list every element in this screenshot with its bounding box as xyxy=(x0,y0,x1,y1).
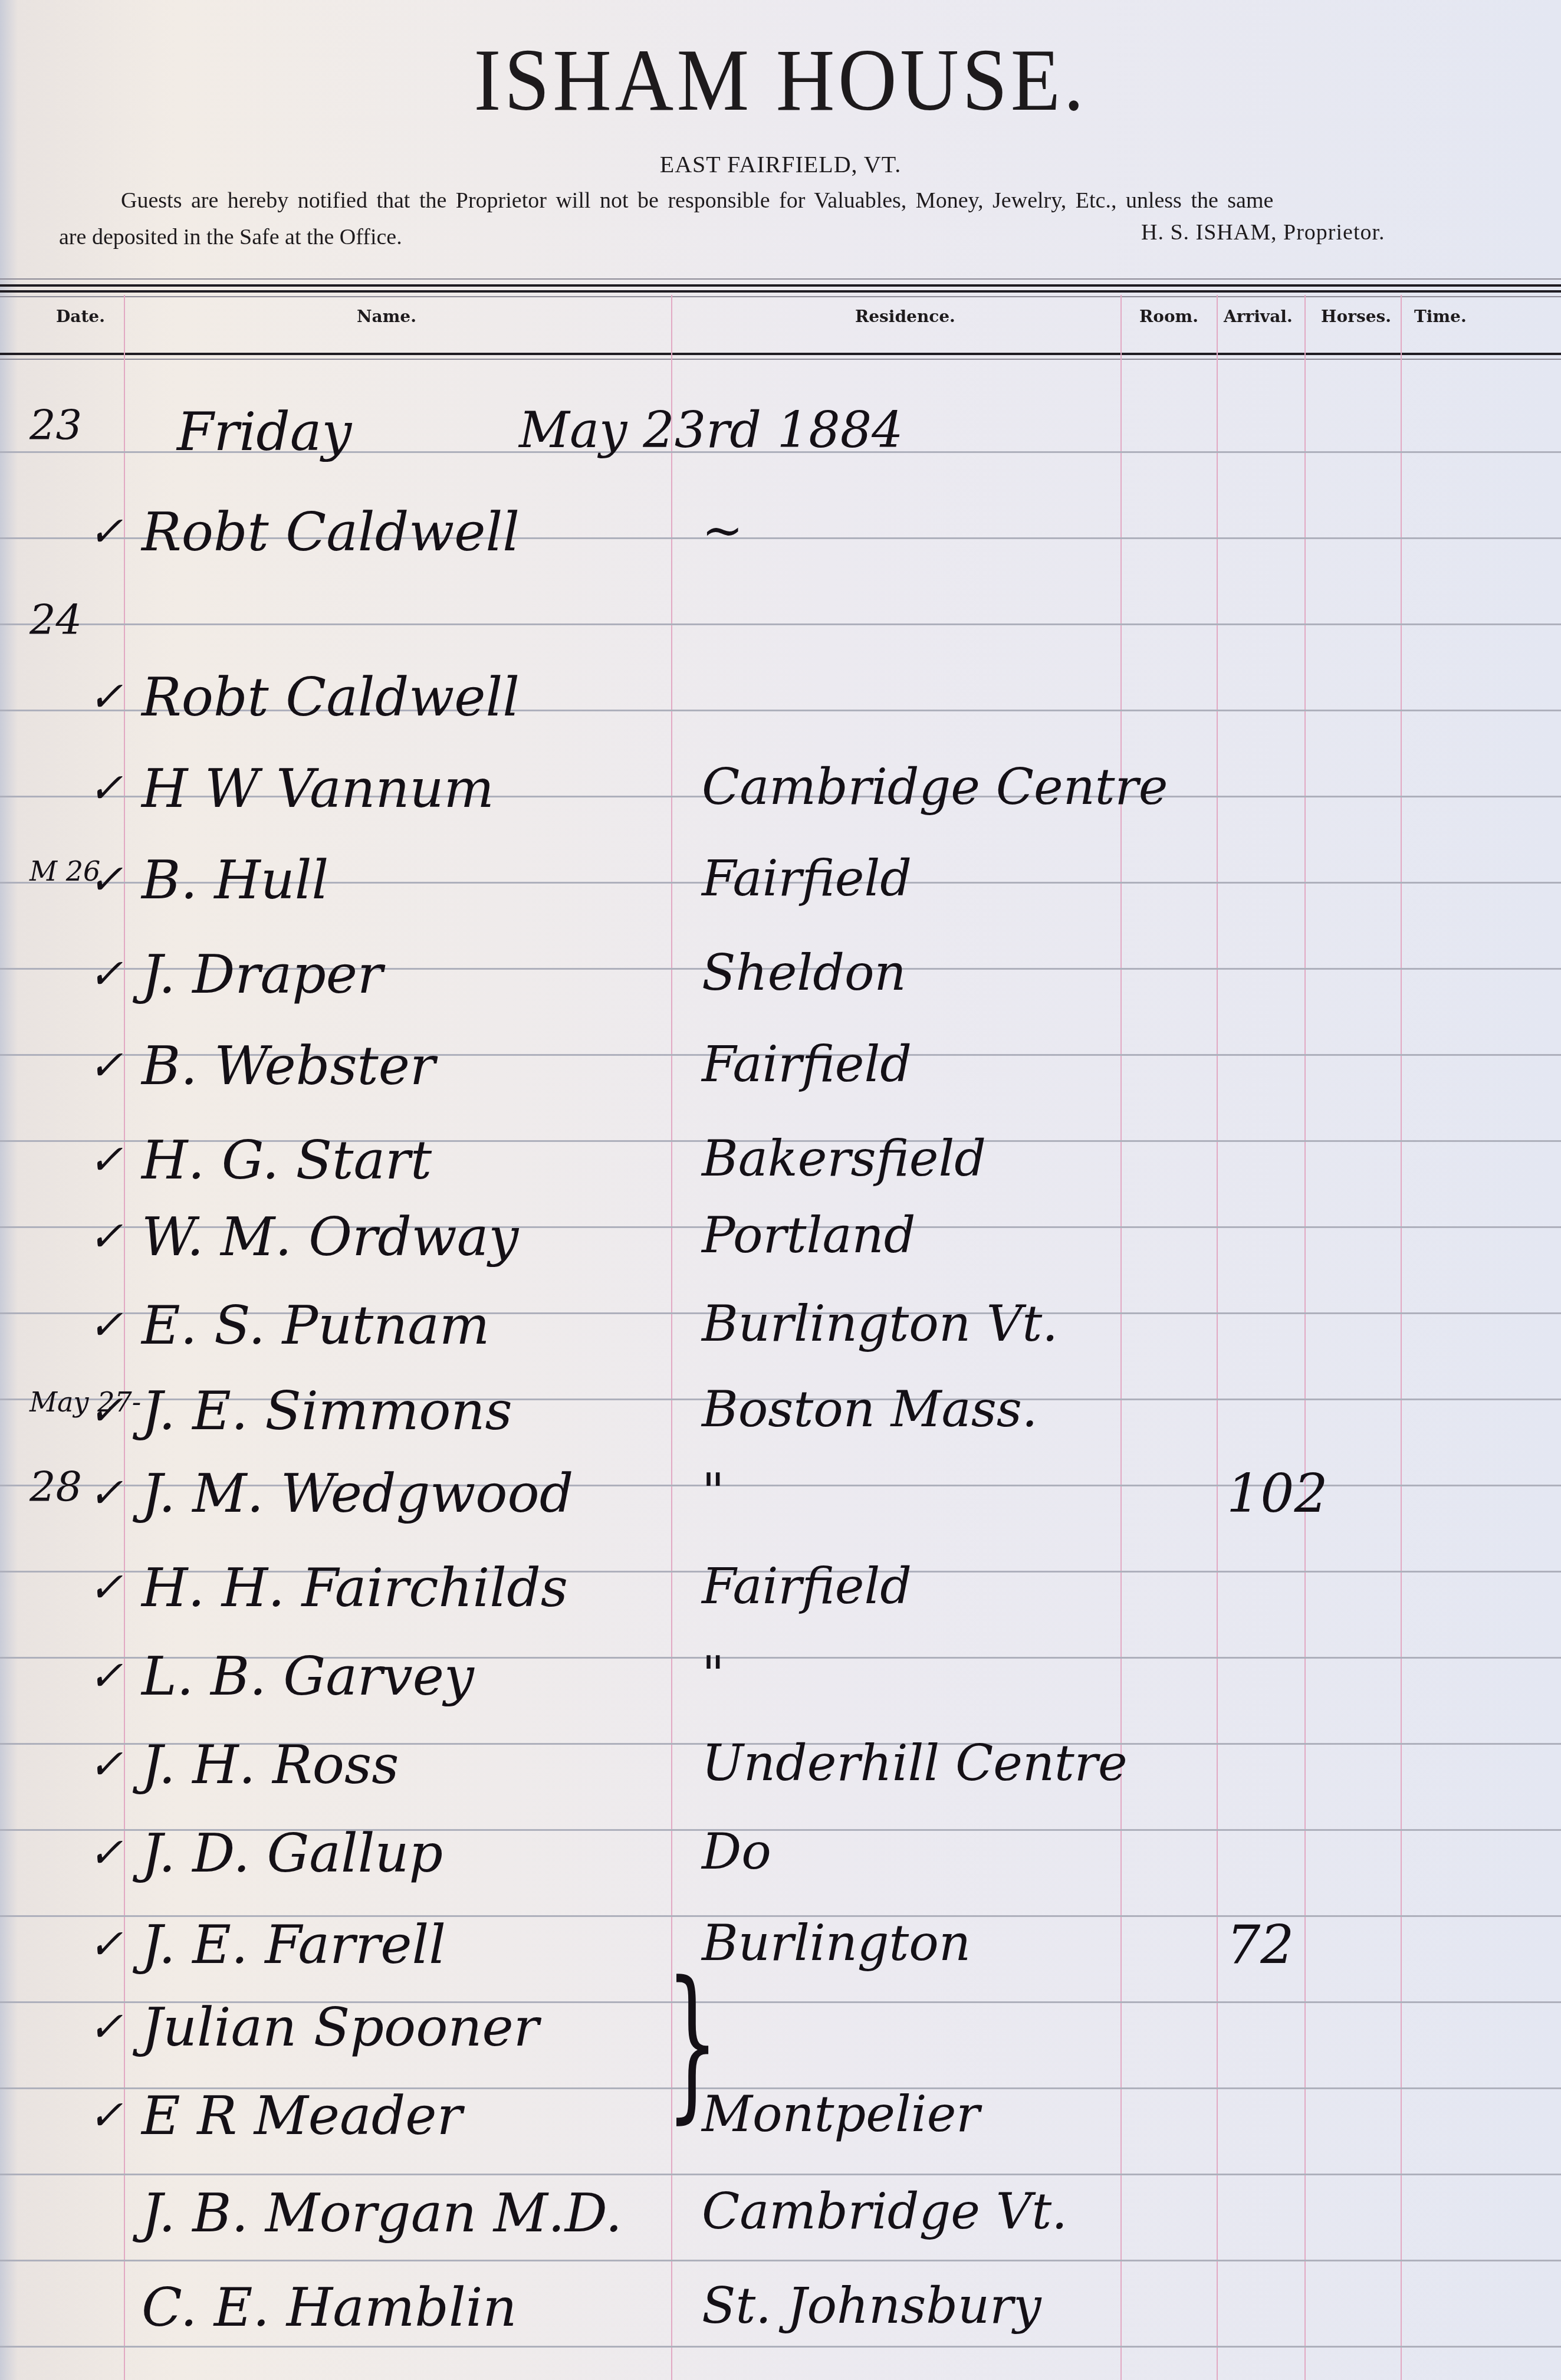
entry-residence: Fairfield xyxy=(702,1557,912,1615)
entry-name: C. E. Hamblin xyxy=(142,2277,517,2339)
check-mark-icon: ✓ xyxy=(88,1041,123,1089)
entry-residence: Cambridge Centre xyxy=(702,758,1168,816)
check-mark-icon: ✓ xyxy=(88,2091,123,2139)
check-mark-icon: ✓ xyxy=(88,2003,123,2051)
entry-name: H. G. Start xyxy=(142,1130,432,1191)
entry-residence: ~ xyxy=(702,501,743,559)
entry-name: L. B. Garvey xyxy=(142,1646,474,1708)
entry-residence: Sheldon xyxy=(702,944,906,1002)
ruled-line xyxy=(0,2260,1561,2261)
check-mark-icon: ✓ xyxy=(88,1301,123,1349)
proprietor: H. S. ISHAM, Proprietor. xyxy=(1141,219,1385,245)
col-time: Time. xyxy=(1414,307,1467,326)
entry-name: Friday xyxy=(177,401,351,463)
check-mark-icon: ✓ xyxy=(88,507,123,556)
entry-name: Robt Caldwell xyxy=(142,501,520,563)
col-date: Date. xyxy=(56,307,105,326)
entry-residence: Boston Mass. xyxy=(702,1380,1038,1438)
entry-name: Julian Spooner xyxy=(142,1997,539,2059)
entry-name: J. E. Simmons xyxy=(142,1380,512,1442)
check-mark-icon: ✓ xyxy=(88,1212,123,1260)
entry-name: H. H. Fairchilds xyxy=(142,1557,568,1619)
column-divider xyxy=(1120,295,1122,2380)
check-mark-icon: ✓ xyxy=(88,672,123,721)
entry-name: J. Draper xyxy=(142,944,383,1006)
col-horses: Horses. xyxy=(1321,307,1391,326)
entry-date: 28 xyxy=(29,1463,82,1511)
rule xyxy=(0,278,1561,280)
column-divider xyxy=(1401,295,1402,2380)
notice-line-1: Guests are hereby notified that the Prop… xyxy=(121,188,1273,214)
entry-name: J. B. Morgan M.D. xyxy=(142,2182,622,2244)
check-mark-icon: ✓ xyxy=(88,1740,123,1788)
check-mark-icon: ✓ xyxy=(88,855,123,904)
entry-residence: Cambridge Vt. xyxy=(702,2182,1067,2240)
entry-residence: Montpelier xyxy=(702,2085,980,2143)
ruled-line xyxy=(0,2174,1561,2175)
check-mark-icon: ✓ xyxy=(88,1135,123,1184)
rule xyxy=(0,284,1561,287)
entry-name: J. D. Gallup xyxy=(142,1823,443,1885)
notice-line-2: are deposited in the Safe at the Office. xyxy=(59,224,402,250)
rule xyxy=(0,353,1561,355)
ruled-line xyxy=(0,2346,1561,2348)
col-room: Room. xyxy=(1139,307,1198,326)
entry-residence: Underhill Centre xyxy=(702,1734,1128,1792)
entry-residence: Portland xyxy=(702,1206,915,1264)
entry-residence: " xyxy=(702,1463,725,1521)
rule xyxy=(0,290,1561,293)
entry-residence: " xyxy=(702,1646,725,1703)
entry-residence: Burlington Vt. xyxy=(702,1295,1058,1353)
column-divider xyxy=(1304,295,1306,2380)
entry-residence: Fairfield xyxy=(702,1035,912,1093)
col-name: Name. xyxy=(357,307,416,326)
check-mark-icon: ✓ xyxy=(88,1829,123,1877)
entry-name: W. M. Ordway xyxy=(142,1206,518,1268)
rule xyxy=(0,359,1561,360)
check-mark-icon: ✓ xyxy=(88,1652,123,1700)
entry-name: B. Hull xyxy=(142,849,328,911)
check-mark-icon: ✓ xyxy=(88,1563,123,1611)
hotel-title: ISHAM HOUSE. xyxy=(63,29,1498,131)
entry-room: 102 xyxy=(1227,1463,1328,1525)
rule xyxy=(0,296,1561,297)
column-divider xyxy=(1217,295,1218,2380)
entry-residence: Bakersfield xyxy=(702,1130,986,1187)
ruled-line xyxy=(0,623,1561,625)
entry-residence: St. Johnsbury xyxy=(702,2277,1041,2335)
entry-residence: Burlington xyxy=(702,1914,971,1972)
entry-name: B. Webster xyxy=(142,1035,435,1097)
entry-name: H W Vannum xyxy=(142,758,494,820)
check-mark-icon: ✓ xyxy=(88,1469,123,1517)
entry-date: 23 xyxy=(29,401,82,449)
column-divider xyxy=(124,295,125,2380)
entry-room: 72 xyxy=(1227,1914,1294,1976)
col-arrival: Arrival. xyxy=(1224,307,1293,326)
hotel-location: EAST FAIRFIELD, VT. xyxy=(0,150,1561,178)
entry-residence: Do xyxy=(702,1823,771,1880)
entry-name: E R Meader xyxy=(142,2085,462,2147)
register-page: ISHAM HOUSE. EAST FAIRFIELD, VT. Guests … xyxy=(0,0,1561,2380)
entry-date: 24 xyxy=(29,596,82,644)
entry-name: Robt Caldwell xyxy=(142,667,520,728)
entry-name: J. H. Ross xyxy=(142,1734,399,1796)
check-mark-icon: ✓ xyxy=(88,1920,123,1968)
entry-residence: Fairfield xyxy=(702,849,912,907)
check-mark-icon: ✓ xyxy=(88,1386,123,1434)
entry-name: J. M. Wedgwood xyxy=(142,1463,573,1525)
entry-name: E. S. Putnam xyxy=(142,1295,489,1357)
col-residence: Residence. xyxy=(855,307,955,326)
brace-mark: } xyxy=(666,1946,719,2139)
check-mark-icon: ✓ xyxy=(88,764,123,812)
entry-date: May 27- xyxy=(29,1386,141,1418)
entry-name: J. E. Farrell xyxy=(142,1914,446,1976)
entry-residence: May 23rd 1884 xyxy=(519,401,903,459)
check-mark-icon: ✓ xyxy=(88,950,123,998)
